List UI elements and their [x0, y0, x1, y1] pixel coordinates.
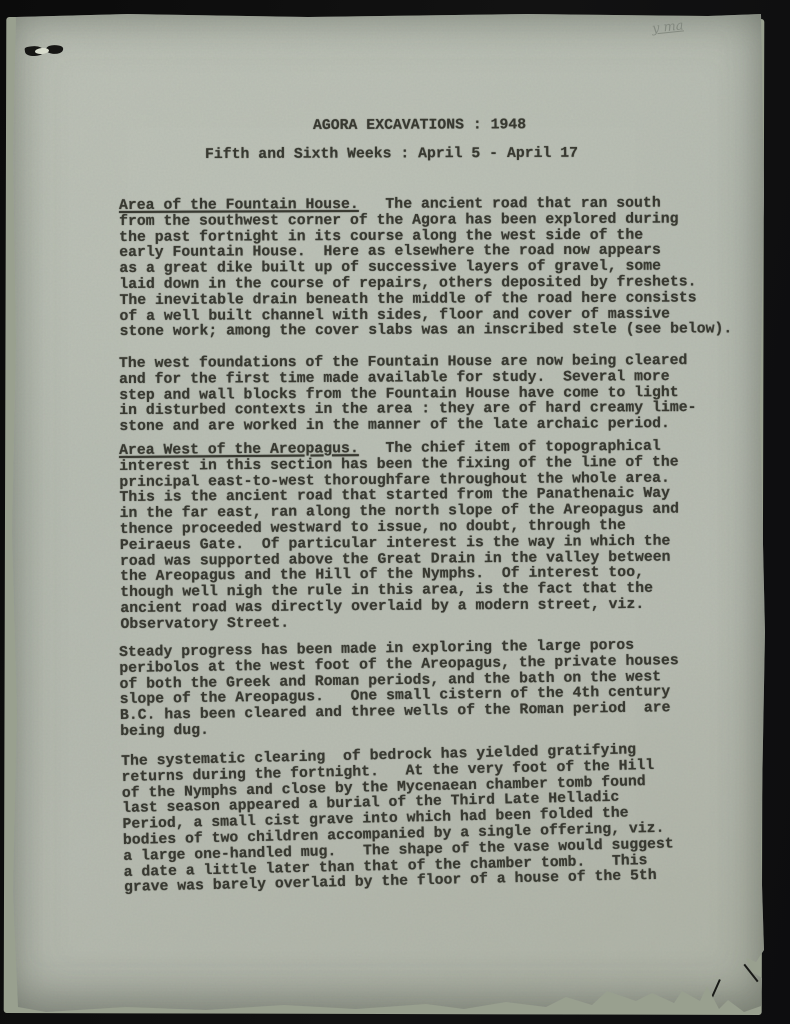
paragraph-steady-progress: Steady progress has been made in explori…	[119, 638, 680, 741]
document-title: AGORA EXCAVATIONS : 1948	[313, 118, 526, 135]
paragraph-text: The ancient road that ran south from the…	[119, 196, 732, 341]
paragraph-text: The west foundations of the Fountain Hou…	[119, 353, 697, 435]
paragraph-bedrock-clearing: The systematic clearing of bedrock has y…	[121, 743, 675, 898]
paragraph-text: The systematic clearing of bedrock has y…	[121, 742, 674, 896]
photograph-background: y ma AGORA EXCAVATIONS : 1948 Fifth and …	[0, 0, 790, 1024]
paragraph-areopagus-road: Area West of the Areopagus. The chief it…	[119, 440, 680, 634]
paragraph-text: The chief item of topographical interest…	[119, 439, 679, 633]
paragraph-fountain-house-road: Area of the Fountain House. The ancient …	[119, 196, 732, 341]
paragraph-text: Steady progress has been made in explori…	[119, 638, 679, 740]
paragraph-west-foundations: The west foundations of the Fountain Hou…	[119, 354, 697, 436]
document-page: y ma AGORA EXCAVATIONS : 1948 Fifth and …	[8, 12, 770, 1012]
document-subtitle: Fifth and Sixth Weeks : April 5 - April …	[205, 147, 578, 164]
section-heading-fountain-house: Area of the Fountain House.	[119, 197, 359, 214]
paper-tear-ridge	[35, 47, 49, 54]
pencil-annotation: y ma	[651, 18, 684, 36]
